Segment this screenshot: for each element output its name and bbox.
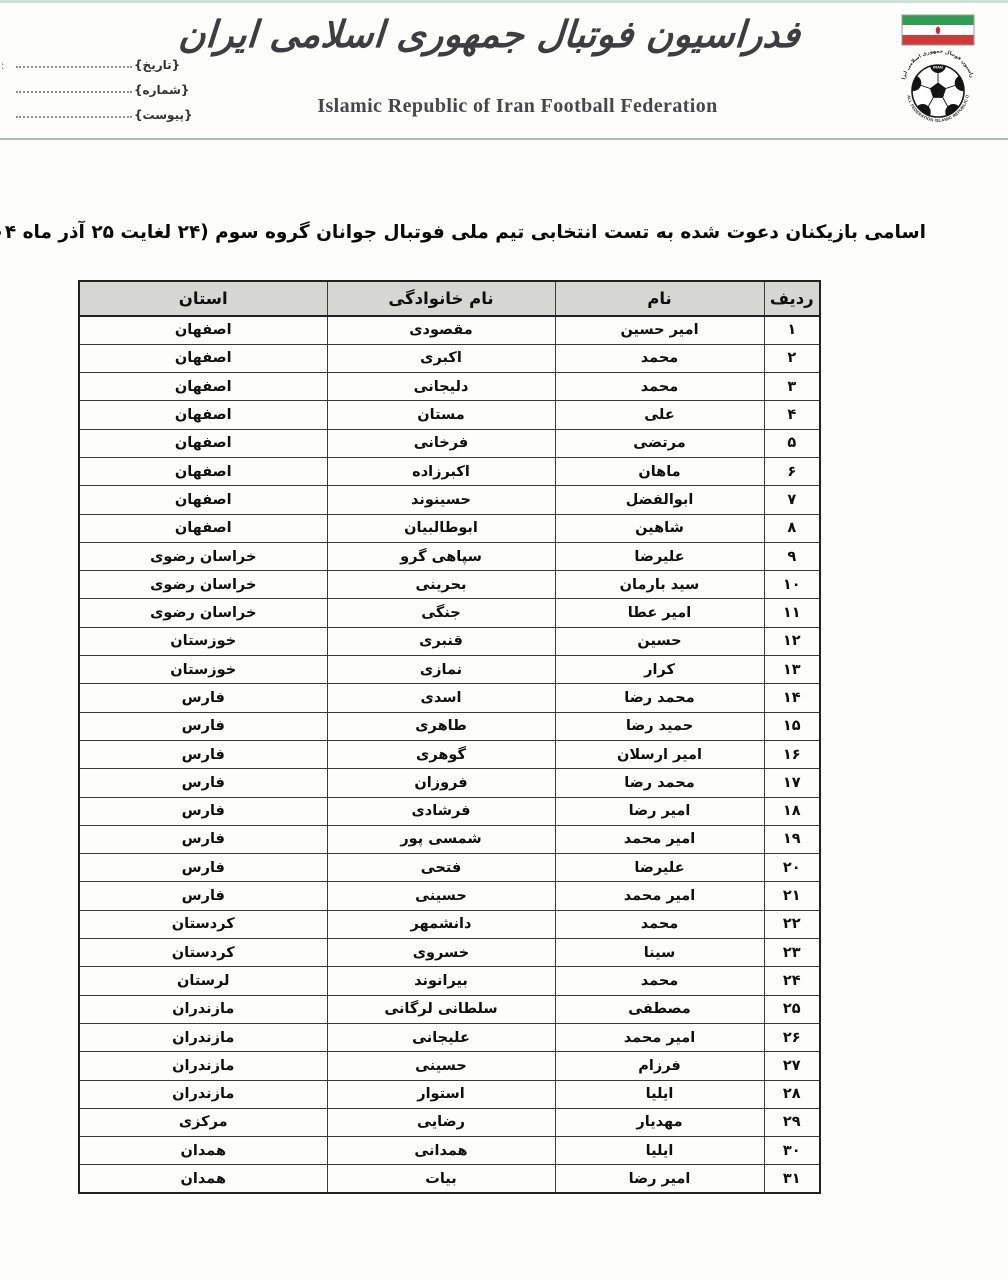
letterhead-divider-line [0,138,1008,140]
cell-province: فارس [79,740,327,768]
cell-name: امیر ارسلان [555,740,764,768]
letterhead: فدراسیون فوتبال جمهوری اسلامی ایران Isla… [0,3,1008,138]
table-row: ۲۹مهدیاررضاییمرکزی [79,1108,820,1136]
cell-name: ایلیا [555,1137,764,1165]
cell-name: مهدیار [555,1108,764,1136]
table-row: ۸شاهینابوطالبیاناصفهان [79,514,820,542]
cell-province: فارس [79,797,327,825]
cell-family: رضایی [327,1108,555,1136]
cell-radif: ۱۹ [764,825,820,853]
federation-calligraphy-title: فدراسیون فوتبال جمهوری اسلامی ایران [233,13,801,56]
cell-province: فارس [79,882,327,910]
cell-family: حسینی [327,882,555,910]
cell-family: طاهری [327,712,555,740]
cell-family: فروزان [327,769,555,797]
table-header-row: ردیف نام نام خانوادگی استان [79,281,820,316]
cell-family: همدانی [327,1137,555,1165]
cell-family: دلیجانی [327,373,555,401]
cell-radif: ۱۵ [764,712,820,740]
cell-province: اصفهان [79,429,327,457]
cell-province: فارس [79,854,327,882]
attachment-field-label: {پیوست} [134,108,193,122]
logo-ball-text: IRAN [933,65,943,70]
table-row: ۳۱امیر رضابیاتهمدان [79,1165,820,1193]
cell-radif: ۳۰ [764,1137,820,1165]
cell-family: فرخانی [327,429,555,457]
table-row: ۱۲حسینقنبریخوزستان [79,627,820,655]
table-row: ۲۷فرزامحسینیمازندران [79,1052,820,1080]
table-row: ۲۸ایلیااستوارمازندران [79,1080,820,1108]
flag-emblem-icon [936,27,940,35]
table-row: ۶ماهاناکبرزادهاصفهان [79,457,820,485]
cell-province: کردستان [79,939,327,967]
cell-name: سید بارمان [555,571,764,599]
cell-radif: ۱۸ [764,797,820,825]
date-label-fragment: e: [0,59,14,72]
table-row: ۱۳کرارنمازیخوزستان [79,656,820,684]
cell-province: اصفهان [79,457,327,485]
cell-province: مازندران [79,1080,327,1108]
number-field-label: {شماره} [134,83,189,97]
cell-radif: ۶ [764,457,820,485]
cell-name: علیرضا [555,854,764,882]
cell-name: محمد رضا [555,684,764,712]
scanned-document-page: فدراسیون فوتبال جمهوری اسلامی ایران Isla… [0,0,1008,1280]
cell-radif: ۷ [764,486,820,514]
date-dotted-line [16,66,132,68]
attachment-dotted-line [16,116,132,118]
cell-radif: ۲۴ [764,967,820,995]
cell-province: فارس [79,825,327,853]
cell-family: مقصودی [327,316,555,344]
table-row: ۲۰علیرضافتحیفارس [79,854,820,882]
header-province: استان [79,281,327,316]
table-row: ۲۱امیر محمدحسینیفارس [79,882,820,910]
cell-name: علیرضا [555,542,764,570]
cell-province: لرستان [79,967,327,995]
iran-flag-icon [902,15,974,45]
cell-name: محمد [555,344,764,372]
cell-radif: ۸ [764,514,820,542]
header-name: نام [555,281,764,316]
cell-radif: ۲۹ [764,1108,820,1136]
cell-name: حمید رضا [555,712,764,740]
letterhead-form-fields: e: {تاریخ} : {شماره} : {پیوست} [0,47,204,122]
table-row: ۹علیرضاسپاهی گروخراسان رضوی [79,542,820,570]
cell-radif: ۲۸ [764,1080,820,1108]
cell-family: گوهری [327,740,555,768]
cell-radif: ۱۶ [764,740,820,768]
number-field-row: : {شماره} [0,72,204,97]
cell-family: جنگی [327,599,555,627]
cell-family: فتحی [327,854,555,882]
cell-province: اصفهان [79,514,327,542]
cell-radif: ۲ [764,344,820,372]
player-rows: ۱امیر حسینمقصودیاصفهان۲محمداکبریاصفهان۳م… [79,316,820,1193]
players-table: ردیف نام نام خانوادگی استان ۱امیر حسینمق… [78,280,821,1194]
cell-radif: ۵ [764,429,820,457]
cell-radif: ۲۰ [764,854,820,882]
cell-name: شاهین [555,514,764,542]
cell-name: سینا [555,939,764,967]
cell-radif: ۴ [764,401,820,429]
cell-province: اصفهان [79,401,327,429]
cell-province: فارس [79,769,327,797]
table-row: ۳محمددلیجانیاصفهان [79,373,820,401]
cell-province: مرکزی [79,1108,327,1136]
table-row: ۱۴محمد رضااسدیفارس [79,684,820,712]
cell-radif: ۱۲ [764,627,820,655]
cell-family: اسدی [327,684,555,712]
cell-province: کردستان [79,910,327,938]
cell-radif: ۱۱ [764,599,820,627]
cell-family: سلطانی لرگانی [327,995,555,1023]
cell-province: اصفهان [79,373,327,401]
cell-name: امیر محمد [555,825,764,853]
cell-family: ابوطالبیان [327,514,555,542]
iran-football-federation-logo-icon: فدراسیون فوتبال جمهوری اسلامی ایران FOOT… [884,7,992,135]
date-field-label: {تاریخ} [134,58,180,72]
cell-radif: ۲۷ [764,1052,820,1080]
table-row: ۲۴محمدبیرانوندلرستان [79,967,820,995]
cell-province: همدان [79,1137,327,1165]
cell-family: دانشمهر [327,910,555,938]
cell-province: مازندران [79,1023,327,1051]
table-row: ۱۵حمید رضاطاهریفارس [79,712,820,740]
cell-name: امیر محمد [555,1023,764,1051]
cell-province: فارس [79,712,327,740]
table-row: ۲۶امیر محمدعلیجانیمازندران [79,1023,820,1051]
cell-name: امیر عطا [555,599,764,627]
cell-radif: ۲۲ [764,910,820,938]
cell-province: اصفهان [79,316,327,344]
cell-family: قنبری [327,627,555,655]
cell-family: مستان [327,401,555,429]
cell-family: شمسی پور [327,825,555,853]
table-row: ۲۲محمددانشمهرکردستان [79,910,820,938]
cell-radif: ۳۱ [764,1165,820,1193]
cell-province: اصفهان [79,486,327,514]
cell-family: فرشادی [327,797,555,825]
cell-family: استوار [327,1080,555,1108]
cell-radif: ۱۰ [764,571,820,599]
cell-family: اکبرزاده [327,457,555,485]
cell-name: امیر محمد [555,882,764,910]
table-row: ۲محمداکبریاصفهان [79,344,820,372]
table-row: ۵مرتضیفرخانیاصفهان [79,429,820,457]
cell-family: بحرینی [327,571,555,599]
cell-name: ماهان [555,457,764,485]
cell-province: مازندران [79,995,327,1023]
table-row: ۱۱امیر عطاجنگیخراسان رضوی [79,599,820,627]
cell-family: بیات [327,1165,555,1193]
cell-province: اصفهان [79,344,327,372]
cell-radif: ۲۱ [764,882,820,910]
table-row: ۱۶امیر ارسلانگوهریفارس [79,740,820,768]
header-family: نام خانوادگی [327,281,555,316]
table-row: ۱امیر حسینمقصودیاصفهان [79,316,820,344]
cell-family: حسینی [327,1052,555,1080]
table-row: ۱۹امیر محمدشمسی پورفارس [79,825,820,853]
cell-family: حسینوند [327,486,555,514]
cell-name: ایلیا [555,1080,764,1108]
cell-province: خراسان رضوی [79,542,327,570]
cell-province: خوزستان [79,627,327,655]
cell-name: امیر رضا [555,797,764,825]
cell-radif: ۱۳ [764,656,820,684]
cell-name: امیر حسین [555,316,764,344]
table-row: ۴علیمستاناصفهان [79,401,820,429]
cell-name: علی [555,401,764,429]
cell-province: خراسان رضوی [79,571,327,599]
cell-name: محمد رضا [555,769,764,797]
table-row: ۷ابوالفضلحسینونداصفهان [79,486,820,514]
cell-name: فرزام [555,1052,764,1080]
cell-radif: ۲۵ [764,995,820,1023]
table-row: ۳۰ایلیاهمدانیهمدان [79,1137,820,1165]
attachment-label-fragment: : [0,109,14,122]
cell-name: مصطفی [555,995,764,1023]
number-dotted-line [16,91,132,93]
cell-radif: ۱ [764,316,820,344]
table-row: ۱۸امیر رضافرشادیفارس [79,797,820,825]
cell-family: علیجانی [327,1023,555,1051]
cell-name: کرار [555,656,764,684]
cell-family: خسروی [327,939,555,967]
cell-name: محمد [555,373,764,401]
cell-radif: ۱۷ [764,769,820,797]
cell-province: خوزستان [79,656,327,684]
cell-province: مازندران [79,1052,327,1080]
cell-radif: ۲۳ [764,939,820,967]
cell-name: حسین [555,627,764,655]
cell-name: محمد [555,910,764,938]
attachment-field-row: : {پیوست} [0,97,204,122]
cell-province: فارس [79,684,327,712]
number-label-fragment: : [0,84,14,97]
cell-province: همدان [79,1165,327,1193]
cell-province: خراسان رضوی [79,599,327,627]
cell-name: مرتضی [555,429,764,457]
cell-name: ابوالفضل [555,486,764,514]
date-field-row: e: {تاریخ} [0,47,204,72]
cell-family: بیرانوند [327,967,555,995]
cell-family: نمازی [327,656,555,684]
cell-name: محمد [555,967,764,995]
table-row: ۱۰سید بارمانبحرینیخراسان رضوی [79,571,820,599]
table-row: ۲۳سیناخسرویکردستان [79,939,820,967]
document-title: اسامی بازیکنان دعوت شده به تست انتخابی ت… [80,222,926,243]
cell-family: سپاهی گرو [327,542,555,570]
header-radif: ردیف [764,281,820,316]
cell-radif: ۲۶ [764,1023,820,1051]
table-row: ۱۷محمد رضافروزانفارس [79,769,820,797]
cell-radif: ۹ [764,542,820,570]
cell-family: اکبری [327,344,555,372]
cell-radif: ۱۴ [764,684,820,712]
cell-radif: ۳ [764,373,820,401]
federation-english-title: Islamic Republic of Iran Football Federa… [235,95,800,118]
table-row: ۲۵مصطفیسلطانی لرگانیمازندران [79,995,820,1023]
cell-name: امیر رضا [555,1165,764,1193]
